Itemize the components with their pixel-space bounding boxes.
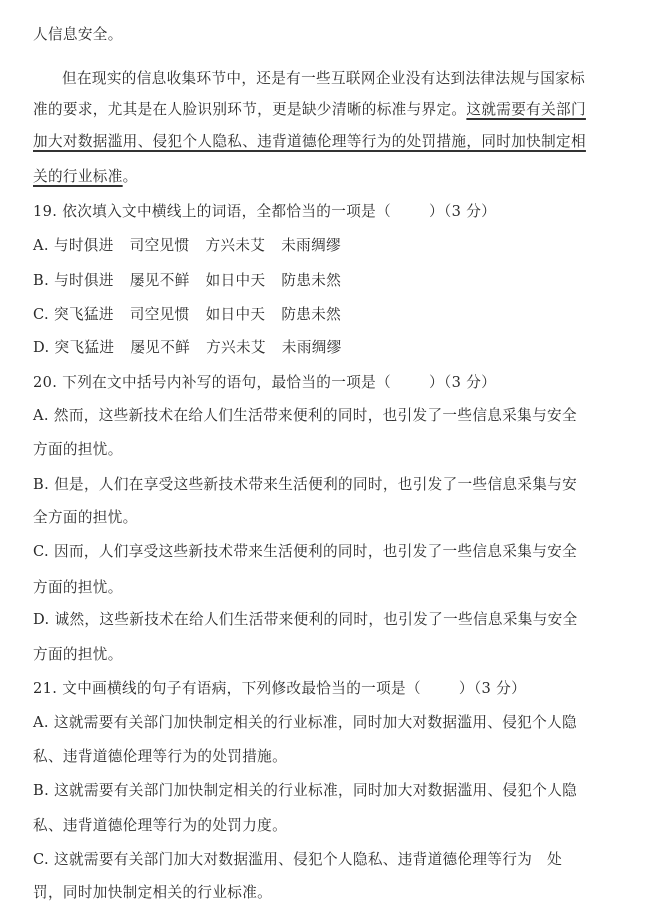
option-text: 然而，这些新技术在给人们生活带来便利的同时，也引发了一些信息采集与安全 <box>54 407 577 424</box>
option-word: 司空见惯 <box>130 236 190 256</box>
option-label: B. <box>33 782 49 799</box>
question-text: 依次填入文中横线上的词语，全都恰当的一项是（ <box>62 203 391 220</box>
question-21-option-c: C. 这就需要有关部门加大对数据滥用、侵犯个人隐私、违背道德伦理等行为 处 <box>33 850 562 870</box>
option-word: 未雨绸缪 <box>282 338 342 358</box>
question-20-option-d: D. 诚然，这些新技术在给人们生活带来便利的同时，也引发了一些信息采集与安全 <box>33 610 578 630</box>
option-label: C. <box>33 306 49 323</box>
question-19-option-a: A. 与时俱进司空见惯方兴未艾未雨绸缪 <box>33 236 357 256</box>
option-text: 私、违背道德伦理等行为的处罚力度。 <box>33 817 287 834</box>
option-word: 屡见不鲜 <box>130 338 190 358</box>
question-19-stem: 19. 依次填入文中横线上的词语，全都恰当的一项是（）（3 分） <box>33 202 496 222</box>
question-20-option-c: C. 因而，人们享受这些新技术带来生活便利的同时，也引发了一些信息采集与安全 <box>33 542 577 562</box>
option-word: 突飞猛进 <box>55 338 115 358</box>
underlined-sentence: 关的行业标准 <box>33 168 123 185</box>
option-word: 防患未然 <box>281 271 341 291</box>
option-label: D. <box>33 611 50 628</box>
option-text: 这就需要有关部门加快制定相关的行业标准，同时加大对数据滥用、侵犯个人隐 <box>54 714 577 731</box>
option-word: 突飞猛进 <box>54 305 114 325</box>
option-label: C. <box>33 543 49 560</box>
option-text: 这就需要有关部门加快制定相关的行业标准，同时加大对数据滥用、侵犯个人隐 <box>54 782 577 799</box>
option-text: 全方面的担忧。 <box>33 509 138 526</box>
question-text: 下列在文中括号内补写的语句，最恰当的一项是（ <box>62 374 391 391</box>
option-label: A. <box>33 237 49 254</box>
answer-blank-and-score: ）（3 分） <box>429 203 496 220</box>
option-word: 与时俱进 <box>54 236 114 256</box>
option-label: A. <box>33 407 49 424</box>
question-20-option-a: A. 然而，这些新技术在给人们生活带来便利的同时，也引发了一些信息采集与安全 <box>33 406 577 426</box>
option-text: 这就需要有关部门加大对数据滥用、侵犯个人隐私、违背道德伦理等行为 处 <box>54 851 562 868</box>
question-number: 19. <box>33 203 57 220</box>
option-label: A. <box>33 714 49 731</box>
passage-line: 人信息安全。 <box>33 25 123 45</box>
option-text: 方面的担忧。 <box>33 441 123 458</box>
passage-paragraph-start: 但在现实的信息收集环节中，还是有一些互联网企业没有达到法律法规与国家标 <box>62 69 585 89</box>
option-word: 未雨绸缪 <box>281 236 341 256</box>
passage-text: 准的要求，尤其是在人脸识别环节，更是缺少清晰的标准与界定。 <box>33 101 466 118</box>
option-text: 罚，同时加快制定相关的行业标准。 <box>33 884 272 901</box>
question-19-option-b: B. 与时俱进屡见不鲜如日中天防患未然 <box>33 271 357 291</box>
question-number: 20. <box>33 374 57 391</box>
option-word: 防患未然 <box>281 305 341 325</box>
option-word: 方兴未艾 <box>205 236 265 256</box>
option-word: 如日中天 <box>206 271 266 291</box>
underlined-sentence: 这就需要有关部门 <box>466 101 586 118</box>
option-text: 诚然，这些新技术在给人们生活带来便利的同时，也引发了一些信息采集与安全 <box>55 611 578 628</box>
answer-blank-and-score: ）（3 分） <box>459 680 526 697</box>
passage-text: 人信息安全。 <box>33 26 123 43</box>
option-text: 方面的担忧。 <box>33 579 123 596</box>
passage-line: 准的要求，尤其是在人脸识别环节，更是缺少清晰的标准与界定。这就需要有关部门 <box>33 100 586 120</box>
question-20-stem: 20. 下列在文中括号内补写的语句，最恰当的一项是（）（3 分） <box>33 373 496 393</box>
option-text: 因而，人们享受这些新技术带来生活便利的同时，也引发了一些信息采集与安全 <box>54 543 577 560</box>
option-word: 方兴未艾 <box>206 338 266 358</box>
option-text: 但是，人们在享受这些新技术带来生活便利的同时，也引发了一些信息采集与安 <box>54 476 577 493</box>
question-21-option-b-cont: 私、违背道德伦理等行为的处罚力度。 <box>33 816 287 836</box>
option-label: C. <box>33 851 49 868</box>
question-21-option-c-cont: 罚，同时加快制定相关的行业标准。 <box>33 883 272 903</box>
passage-line: 加大对数据滥用、侵犯个人隐私、违背道德伦理等行为的处罚措施，同时加快制定相 <box>33 132 586 152</box>
answer-blank-and-score: ）（3 分） <box>429 374 496 391</box>
option-label: B. <box>33 272 49 289</box>
passage-text: 。 <box>123 168 138 185</box>
option-word: 与时俱进 <box>54 271 114 291</box>
option-text: 私、违背道德伦理等行为的处罚措施。 <box>33 748 287 765</box>
passage-text: 但在现实的信息收集环节中，还是有一些互联网企业没有达到法律法规与国家标 <box>62 70 585 87</box>
question-20-option-c-cont: 方面的担忧。 <box>33 578 123 598</box>
question-20-option-a-cont: 方面的担忧。 <box>33 440 123 460</box>
passage-line: 关的行业标准。 <box>33 167 138 187</box>
option-word: 司空见惯 <box>130 305 190 325</box>
question-20-option-b-cont: 全方面的担忧。 <box>33 508 138 528</box>
question-text: 文中画横线的句子有语病，下列修改最恰当的一项是（ <box>62 680 421 697</box>
question-21-stem: 21. 文中画横线的句子有语病，下列修改最恰当的一项是（）（3 分） <box>33 679 526 699</box>
question-number: 21. <box>33 680 57 697</box>
option-text: 方面的担忧。 <box>33 646 123 663</box>
question-21-option-a: A. 这就需要有关部门加快制定相关的行业标准，同时加大对数据滥用、侵犯个人隐 <box>33 713 577 733</box>
question-19-option-d: D. 突飞猛进屡见不鲜方兴未艾未雨绸缪 <box>33 338 358 358</box>
option-label: D. <box>33 339 50 356</box>
question-21-option-b: B. 这就需要有关部门加快制定相关的行业标准，同时加大对数据滥用、侵犯个人隐 <box>33 781 577 801</box>
option-word: 屡见不鲜 <box>130 271 190 291</box>
question-21-option-a-cont: 私、违背道德伦理等行为的处罚措施。 <box>33 747 287 767</box>
question-20-option-b: B. 但是，人们在享受这些新技术带来生活便利的同时，也引发了一些信息采集与安 <box>33 475 577 495</box>
underlined-sentence: 加大对数据滥用、侵犯个人隐私、违背道德伦理等行为的处罚措施，同时加快制定相 <box>33 133 586 150</box>
option-label: B. <box>33 476 49 493</box>
question-19-option-c: C. 突飞猛进司空见惯如日中天防患未然 <box>33 305 357 325</box>
question-20-option-d-cont: 方面的担忧。 <box>33 645 123 665</box>
option-word: 如日中天 <box>206 305 266 325</box>
